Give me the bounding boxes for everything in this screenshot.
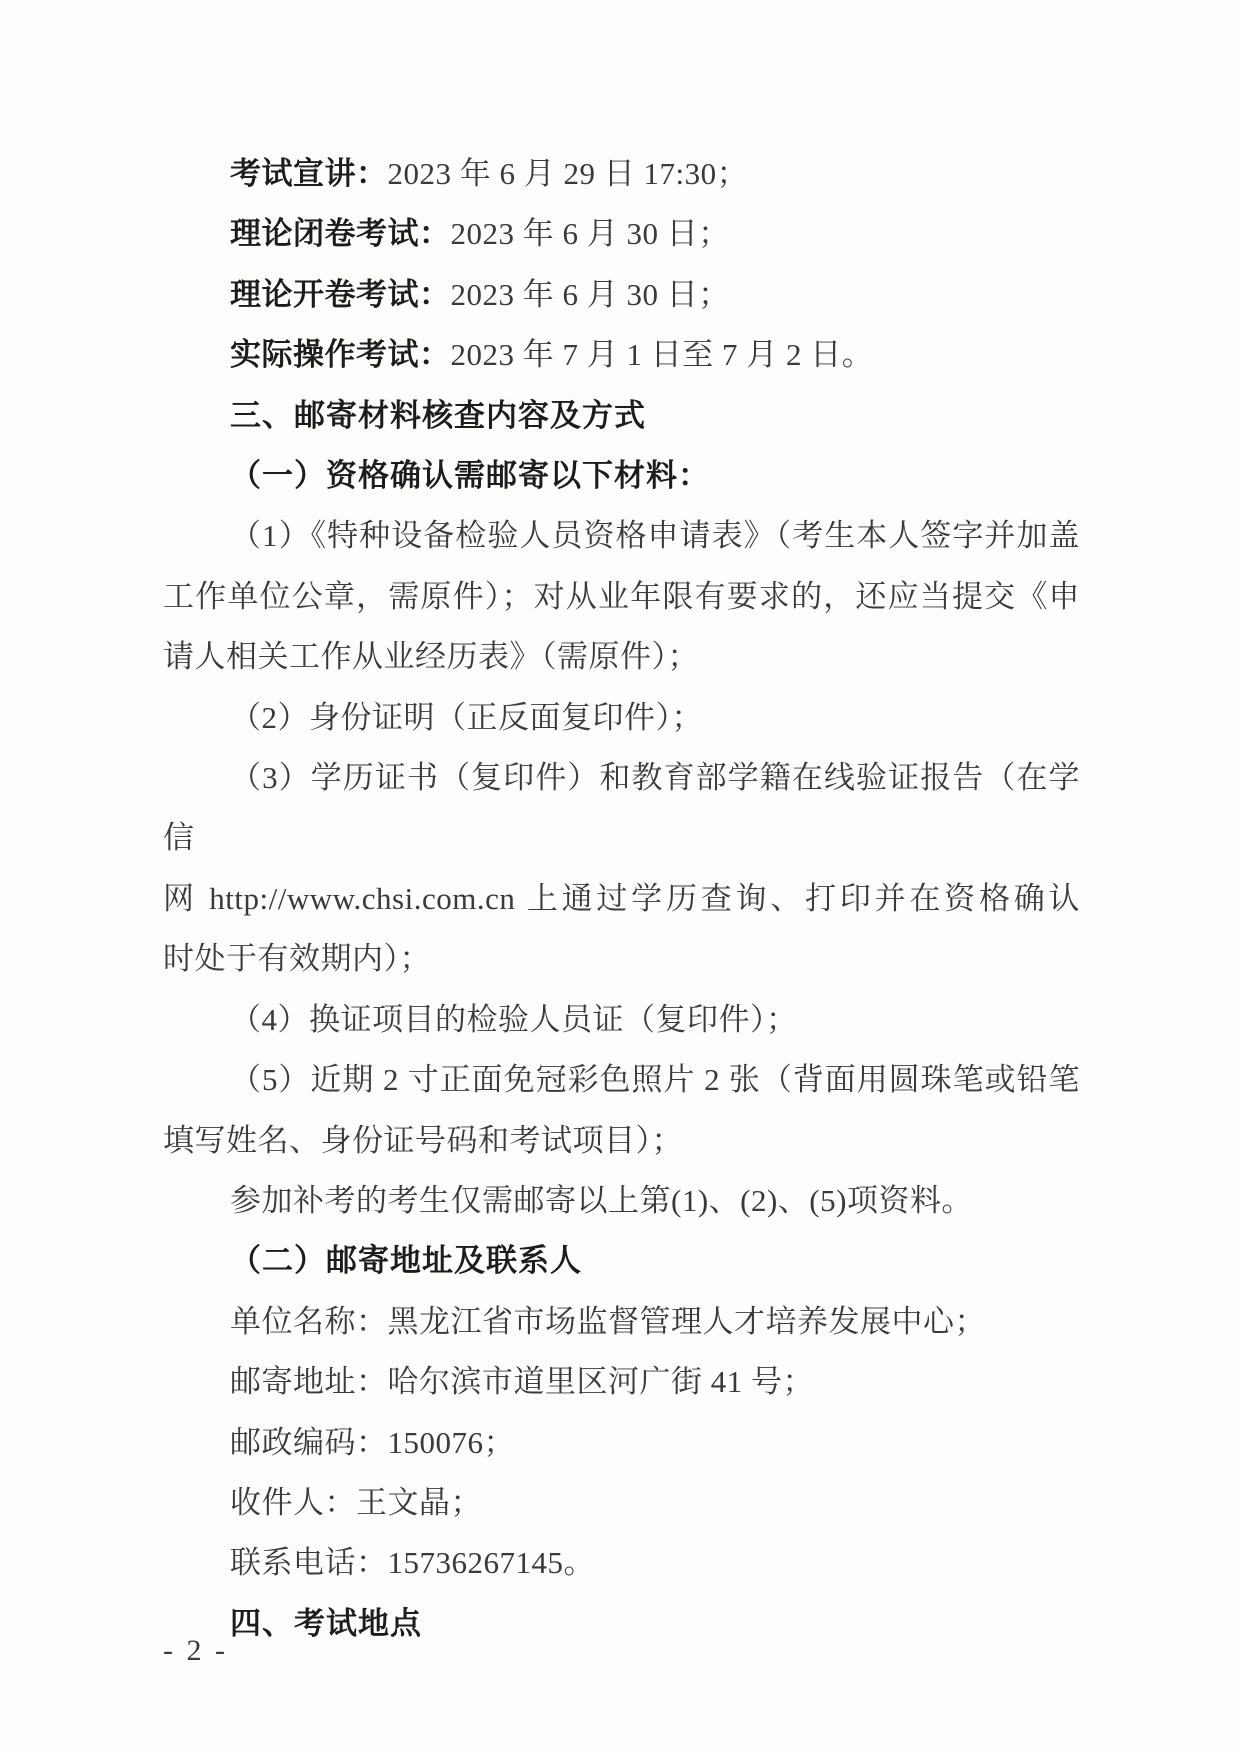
item5-line1: （5）近期 2 寸正面免冠彩色照片 2 张（背面用圆珠笔或铅笔 bbox=[163, 1050, 1080, 1110]
schedule-line-open-book: 理论开卷考试：2023 年 6 月 30 日； bbox=[163, 265, 1080, 325]
schedule-line-closed-book: 理论闭卷考试：2023 年 6 月 30 日； bbox=[163, 204, 1080, 264]
contact-phone: 联系电话：15736267145。 bbox=[163, 1533, 1080, 1593]
page-number: - 2 - bbox=[163, 1634, 228, 1668]
item1-line2: 工作单位公章，需原件）；对从业年限有要求的，还应当提交《申 bbox=[163, 567, 1080, 627]
schedule-value: 2023 年 6 月 29 日 17:30； bbox=[388, 156, 749, 191]
item4-line: （4）换证项目的检验人员证（复印件）； bbox=[163, 990, 1080, 1050]
schedule-line-briefing: 考试宣讲：2023 年 6 月 29 日 17:30； bbox=[163, 144, 1080, 204]
section-four-heading: 四、考试地点 bbox=[163, 1594, 1080, 1654]
item3-line3: 时处于有效期内）； bbox=[163, 929, 1080, 989]
schedule-value: 2023 年 6 月 30 日； bbox=[451, 277, 730, 312]
item5-line2: 填写姓名、身份证号码和考试项目）； bbox=[163, 1111, 1080, 1171]
schedule-line-practical: 实际操作考试：2023 年 7 月 1 日至 7 月 2 日。 bbox=[163, 325, 1080, 385]
item1-line1: （1）《特种设备检验人员资格申请表》（考生本人签字并加盖 bbox=[163, 506, 1080, 566]
item2-line: （2）身份证明（正反面复印件）； bbox=[163, 688, 1080, 748]
schedule-label: 理论开卷考试： bbox=[230, 277, 451, 312]
document-page: 考试宣讲：2023 年 6 月 29 日 17:30； 理论闭卷考试：2023 … bbox=[0, 0, 1240, 1754]
schedule-label: 理论闭卷考试： bbox=[230, 216, 451, 251]
contact-postal-code: 邮政编码：150076； bbox=[163, 1413, 1080, 1473]
contact-unit-name: 单位名称：黑龙江省市场监督管理人才培养发展中心； bbox=[163, 1292, 1080, 1352]
schedule-label: 考试宣讲： bbox=[230, 156, 388, 191]
item3-line2-url: 网 http://www.chsi.com.cn 上通过学历查询、打印并在资格确… bbox=[163, 869, 1080, 929]
subsection-two-heading: （二）邮寄地址及联系人 bbox=[163, 1231, 1080, 1291]
item3-line1: （3）学历证书（复印件）和教育部学籍在线验证报告（在学信 bbox=[163, 748, 1080, 869]
section-three-heading: 三、邮寄材料核查内容及方式 bbox=[163, 386, 1080, 446]
contact-mail-address: 邮寄地址：哈尔滨市道里区河广街 41 号； bbox=[163, 1352, 1080, 1412]
subsection-one-heading: （一）资格确认需邮寄以下材料： bbox=[163, 446, 1080, 506]
document-body: 考试宣讲：2023 年 6 月 29 日 17:30； 理论闭卷考试：2023 … bbox=[163, 144, 1080, 1654]
item1-line3: 请人相关工作从业经历表》（需原件）； bbox=[163, 627, 1080, 687]
schedule-value: 2023 年 7 月 1 日至 7 月 2 日。 bbox=[451, 337, 874, 372]
schedule-label: 实际操作考试： bbox=[230, 337, 451, 372]
makeup-exam-note: 参加补考的考生仅需邮寄以上第(1)、(2)、(5)项资料。 bbox=[163, 1171, 1080, 1231]
contact-recipient: 收件人：王文晶； bbox=[163, 1473, 1080, 1533]
schedule-value: 2023 年 6 月 30 日； bbox=[451, 216, 730, 251]
